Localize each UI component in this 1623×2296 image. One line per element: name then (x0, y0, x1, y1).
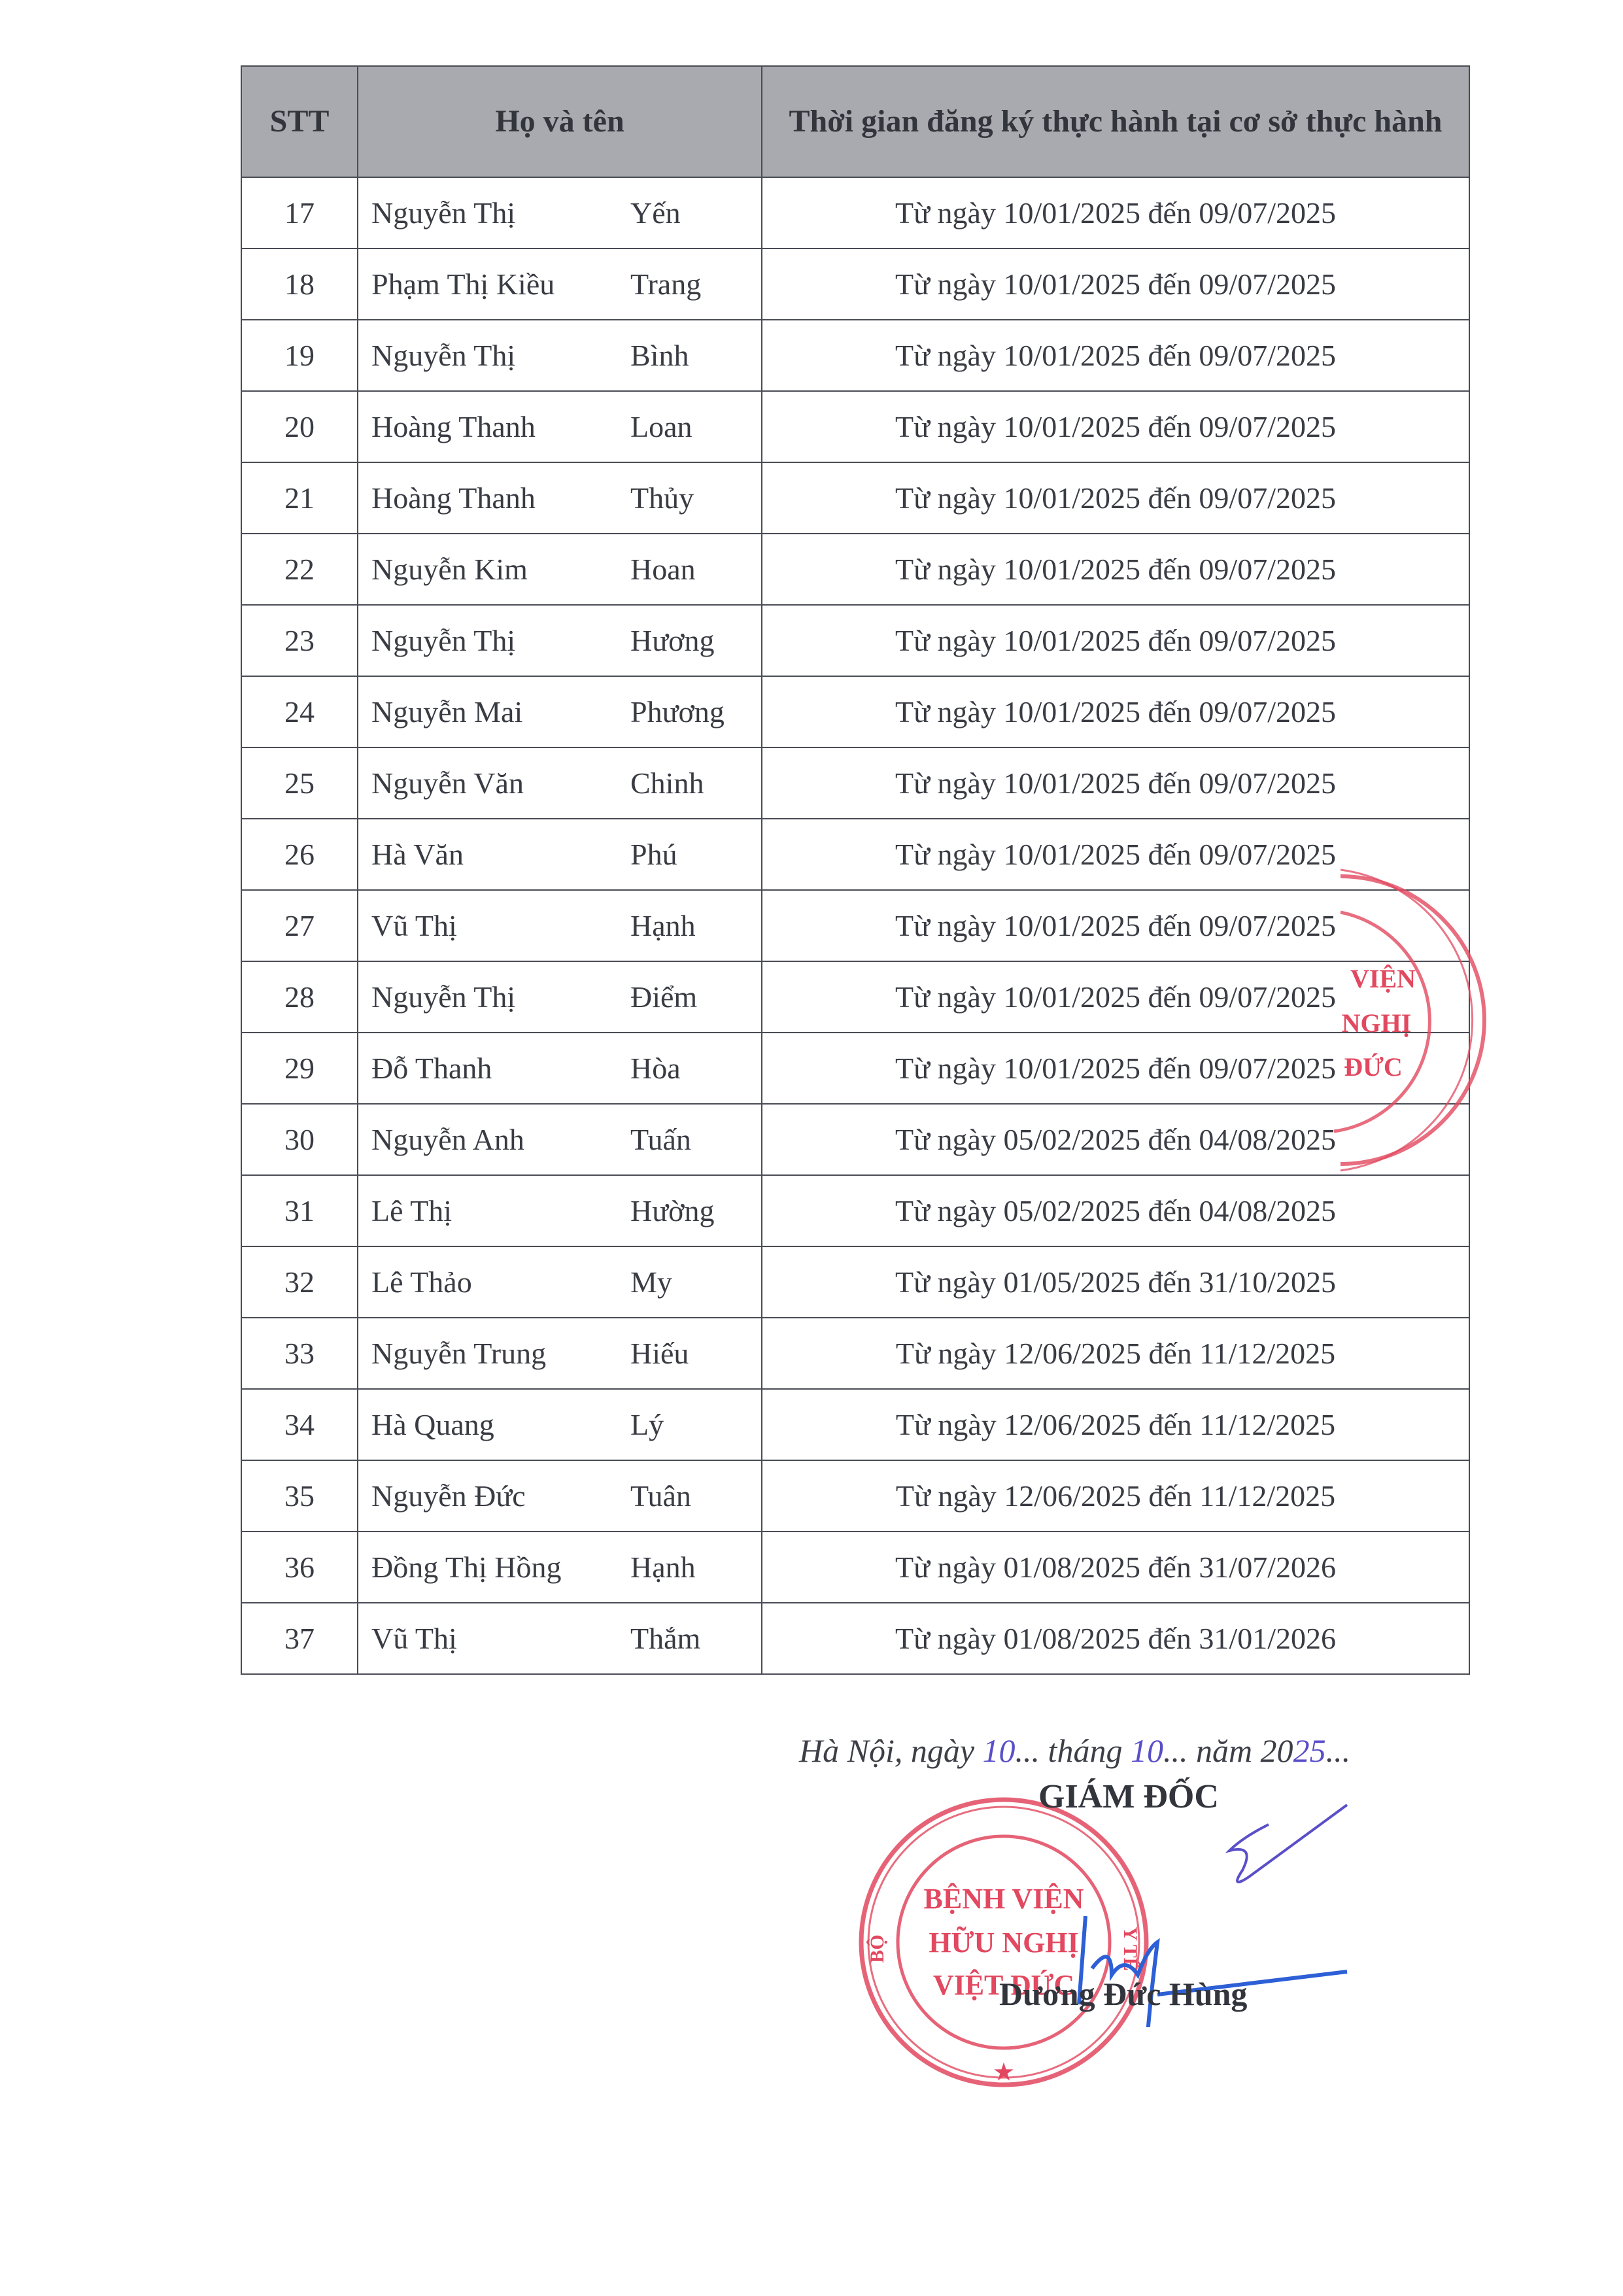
last-middle-name: Hà Quang (371, 1407, 630, 1442)
cell-name: Đỗ ThanhHòa (358, 1033, 762, 1104)
table-row: 25Nguyễn VănChinhTừ ngày 10/01/2025 đến … (241, 747, 1469, 819)
last-middle-name: Đỗ Thanh (371, 1051, 630, 1086)
first-name: Yến (630, 196, 681, 230)
last-middle-name: Nguyễn Thị (371, 196, 630, 230)
cell-period: Từ ngày 10/01/2025 đến 09/07/2025 (762, 747, 1469, 819)
first-name: Bình (630, 338, 689, 373)
cell-name: Hà VănPhú (358, 819, 762, 890)
first-name: Lý (630, 1407, 664, 1442)
first-name: Thắm (630, 1621, 700, 1656)
first-name: Hương (630, 623, 714, 658)
signer-name: Dương Đức Hùng (999, 1975, 1247, 2013)
header-stt: STT (241, 66, 358, 177)
last-middle-name: Nguyễn Kim (371, 552, 630, 587)
table-row: 17Nguyễn ThịYếnTừ ngày 10/01/2025 đến 09… (241, 177, 1469, 248)
table-row: 24Nguyễn MaiPhươngTừ ngày 10/01/2025 đến… (241, 676, 1469, 747)
first-name: Hạnh (630, 1550, 696, 1585)
cell-stt: 26 (241, 819, 358, 890)
cell-name: Phạm Thị KiềuTrang (358, 248, 762, 320)
cell-stt: 25 (241, 747, 358, 819)
registration-table: STT Họ và tên Thời gian đăng ký thực hàn… (241, 65, 1470, 1675)
last-middle-name: Lê Thảo (371, 1265, 630, 1299)
cell-stt: 32 (241, 1246, 358, 1318)
cell-name: Lê ThảoMy (358, 1246, 762, 1318)
table-row: 23Nguyễn ThịHươngTừ ngày 10/01/2025 đến … (241, 605, 1469, 676)
cell-name: Vũ ThịThắm (358, 1603, 762, 1674)
cell-stt: 30 (241, 1104, 358, 1175)
partial-stamp-line-1: VIỆN (1350, 964, 1416, 993)
cell-stt: 29 (241, 1033, 358, 1104)
cell-period: Từ ngày 10/01/2025 đến 09/07/2025 (762, 676, 1469, 747)
table-row: 26Hà VănPhúTừ ngày 10/01/2025 đến 09/07/… (241, 819, 1469, 890)
table-body: 17Nguyễn ThịYếnTừ ngày 10/01/2025 đến 09… (241, 177, 1469, 1674)
cell-period: Từ ngày 10/01/2025 đến 09/07/2025 (762, 534, 1469, 605)
cell-name: Nguyễn AnhTuấn (358, 1104, 762, 1175)
first-name: Trang (630, 267, 701, 301)
cell-stt: 22 (241, 534, 358, 605)
table-row: 35Nguyễn ĐứcTuânTừ ngày 12/06/2025 đến 1… (241, 1460, 1469, 1532)
cell-stt: 23 (241, 605, 358, 676)
last-middle-name: Nguyễn Văn (371, 766, 630, 800)
table-row: 32Lê ThảoMyTừ ngày 01/05/2025 đến 31/10/… (241, 1246, 1469, 1318)
stamp-ring-left: BỘ (866, 1934, 888, 1962)
table-row: 27Vũ ThịHạnhTừ ngày 10/01/2025 đến 09/07… (241, 890, 1469, 961)
partial-stamp-line-3: ĐỨC (1344, 1052, 1403, 1082)
handwritten-year: 25 (1293, 1732, 1326, 1769)
cell-stt: 28 (241, 961, 358, 1033)
table-row: 31Lê ThịHườngTừ ngày 05/02/2025 đến 04/0… (241, 1175, 1469, 1246)
cell-period: Từ ngày 12/06/2025 đến 11/12/2025 (762, 1389, 1469, 1460)
table-row: 20Hoàng ThanhLoanTừ ngày 10/01/2025 đến … (241, 391, 1469, 462)
cell-period: Từ ngày 12/06/2025 đến 11/12/2025 (762, 1318, 1469, 1389)
cell-stt: 34 (241, 1389, 358, 1460)
first-name: Hòa (630, 1051, 681, 1086)
first-name: My (630, 1265, 672, 1299)
cell-name: Vũ ThịHạnh (358, 890, 762, 961)
table-row: 28Nguyễn ThịĐiểmTừ ngày 10/01/2025 đến 0… (241, 961, 1469, 1033)
cell-stt: 20 (241, 391, 358, 462)
cell-period: Từ ngày 05/02/2025 đến 04/08/2025 (762, 1175, 1469, 1246)
cell-stt: 18 (241, 248, 358, 320)
first-name: Tuân (630, 1479, 691, 1513)
cell-period: Từ ngày 01/05/2025 đến 31/10/2025 (762, 1246, 1469, 1318)
cell-stt: 24 (241, 676, 358, 747)
first-name: Phương (630, 694, 725, 729)
table-row: 18Phạm Thị KiềuTrangTừ ngày 10/01/2025 đ… (241, 248, 1469, 320)
cell-stt: 37 (241, 1603, 358, 1674)
month-prefix: ... tháng (1016, 1732, 1131, 1769)
last-middle-name: Nguyễn Anh (371, 1122, 630, 1157)
year-prefix: ... năm 20 (1163, 1732, 1293, 1769)
partial-stamp: VIỆN NGHỊ ĐỨC (1301, 863, 1511, 1177)
first-name: Điểm (630, 980, 697, 1014)
last-middle-name: Nguyễn Trung (371, 1336, 630, 1371)
handwritten-day: 10 (983, 1732, 1016, 1769)
table-row: 33Nguyễn TrungHiếuTừ ngày 12/06/2025 đến… (241, 1318, 1469, 1389)
cell-period: Từ ngày 01/08/2025 đến 31/07/2026 (762, 1532, 1469, 1603)
first-name: Hạnh (630, 908, 696, 943)
cell-period: Từ ngày 10/01/2025 đến 09/07/2025 (762, 462, 1469, 534)
table-row: 30Nguyễn AnhTuấnTừ ngày 05/02/2025 đến 0… (241, 1104, 1469, 1175)
first-name: Thủy (630, 481, 694, 515)
cell-stt: 36 (241, 1532, 358, 1603)
last-middle-name: Hoàng Thanh (371, 481, 630, 515)
first-name: Hoan (630, 552, 696, 587)
first-name: Chinh (630, 766, 704, 800)
first-name: Hường (630, 1193, 714, 1228)
cell-name: Nguyễn VănChinh (358, 747, 762, 819)
last-middle-name: Nguyễn Thị (371, 338, 630, 373)
cell-stt: 17 (241, 177, 358, 248)
last-middle-name: Nguyễn Mai (371, 694, 630, 729)
table-row: 34Hà QuangLýTừ ngày 12/06/2025 đến 11/12… (241, 1389, 1469, 1460)
place-date-line: Hà Nội, ngày 10... tháng 10... năm 2025.… (799, 1732, 1350, 1770)
cell-name: Đồng Thị HồngHạnh (358, 1532, 762, 1603)
cell-period: Từ ngày 10/01/2025 đến 09/07/2025 (762, 248, 1469, 320)
cell-name: Nguyễn KimHoan (358, 534, 762, 605)
cell-period: Từ ngày 10/01/2025 đến 09/07/2025 (762, 177, 1469, 248)
cell-name: Nguyễn ĐứcTuân (358, 1460, 762, 1532)
cell-period: Từ ngày 10/01/2025 đến 09/07/2025 (762, 320, 1469, 391)
last-middle-name: Lê Thị (371, 1193, 630, 1228)
first-name: Loan (630, 409, 692, 444)
table-header-row: STT Họ và tên Thời gian đăng ký thực hàn… (241, 66, 1469, 177)
cell-name: Nguyễn ThịBình (358, 320, 762, 391)
table-row: 19Nguyễn ThịBìnhTừ ngày 10/01/2025 đến 0… (241, 320, 1469, 391)
cell-name: Hoàng ThanhLoan (358, 391, 762, 462)
cell-period: Từ ngày 01/08/2025 đến 31/01/2026 (762, 1603, 1469, 1674)
cell-stt: 21 (241, 462, 358, 534)
last-middle-name: Hà Văn (371, 837, 630, 872)
first-name: Hiếu (630, 1336, 689, 1371)
stamp-star-icon: ★ (994, 2061, 1014, 2085)
cell-stt: 19 (241, 320, 358, 391)
last-middle-name: Phạm Thị Kiều (371, 267, 630, 301)
table-row: 36Đồng Thị HồngHạnhTừ ngày 01/08/2025 đế… (241, 1532, 1469, 1603)
cell-name: Nguyễn ThịHương (358, 605, 762, 676)
header-name: Họ và tên (358, 66, 762, 177)
place-prefix: Hà Nội, ngày (799, 1732, 983, 1769)
first-name: Phú (630, 837, 677, 872)
table-row: 21Hoàng ThanhThủyTừ ngày 10/01/2025 đến … (241, 462, 1469, 534)
table-row: 37Vũ ThịThắmTừ ngày 01/08/2025 đến 31/01… (241, 1603, 1469, 1674)
last-middle-name: Nguyễn Thị (371, 980, 630, 1014)
partial-stamp-line-2: NGHỊ (1342, 1008, 1412, 1038)
cell-name: Lê ThịHường (358, 1175, 762, 1246)
cell-period: Từ ngày 10/01/2025 đến 09/07/2025 (762, 605, 1469, 676)
cell-period: Từ ngày 12/06/2025 đến 11/12/2025 (762, 1460, 1469, 1532)
table-row: 29Đỗ ThanhHòaTừ ngày 10/01/2025 đến 09/0… (241, 1033, 1469, 1104)
last-middle-name: Đồng Thị Hồng (371, 1550, 630, 1585)
last-middle-name: Vũ Thị (371, 908, 630, 943)
cell-stt: 27 (241, 890, 358, 961)
cell-name: Nguyễn ThịYến (358, 177, 762, 248)
cell-name: Nguyễn MaiPhương (358, 676, 762, 747)
last-middle-name: Hoàng Thanh (371, 409, 630, 444)
cell-name: Nguyễn ThịĐiểm (358, 961, 762, 1033)
last-middle-name: Vũ Thị (371, 1621, 630, 1656)
first-name: Tuấn (630, 1122, 691, 1157)
cell-name: Hà QuangLý (358, 1389, 762, 1460)
date-tail: ... (1326, 1732, 1351, 1769)
cell-stt: 31 (241, 1175, 358, 1246)
handwritten-month: 10 (1131, 1732, 1163, 1769)
table-row: 22Nguyễn KimHoanTừ ngày 10/01/2025 đến 0… (241, 534, 1469, 605)
last-middle-name: Nguyễn Thị (371, 623, 630, 658)
last-middle-name: Nguyễn Đức (371, 1479, 630, 1513)
cell-name: Nguyễn TrungHiếu (358, 1318, 762, 1389)
cell-stt: 33 (241, 1318, 358, 1389)
cell-name: Hoàng ThanhThủy (358, 462, 762, 534)
cell-period: Từ ngày 10/01/2025 đến 09/07/2025 (762, 391, 1469, 462)
cell-stt: 35 (241, 1460, 358, 1532)
header-period: Thời gian đăng ký thực hành tại cơ sở th… (762, 66, 1469, 177)
